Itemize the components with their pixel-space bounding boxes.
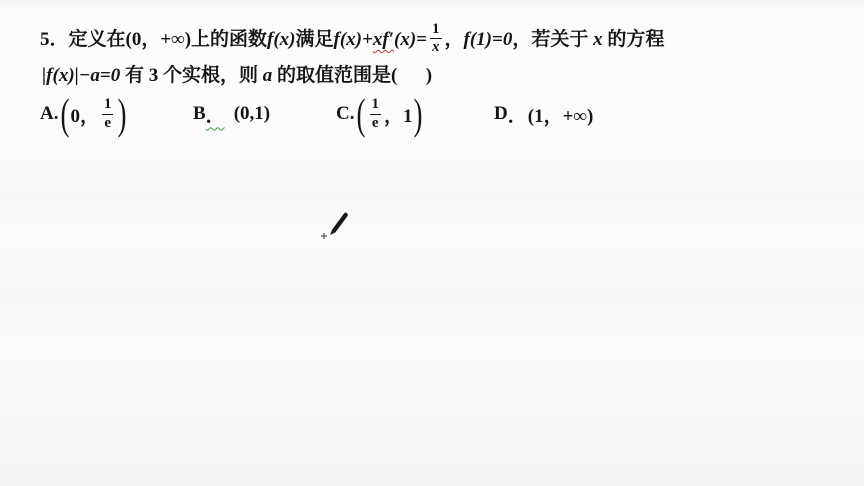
option-b: B．(0,1) bbox=[193, 86, 270, 142]
math-abs-fx-minus-a: |f(x)|−a=0 bbox=[42, 65, 120, 86]
fraction-denominator: e bbox=[370, 114, 381, 132]
option-c-letter: C bbox=[336, 103, 350, 125]
option-c-dot: . bbox=[350, 103, 355, 125]
fraction-one-over-e: 1e bbox=[102, 96, 114, 132]
math-f-of-x: f(x) bbox=[267, 29, 295, 50]
option-c-upper-bound: ，1 bbox=[384, 101, 413, 128]
option-a-dot: . bbox=[54, 103, 59, 125]
math-f-of-x-plus: f(x)+ bbox=[334, 29, 373, 50]
option-a: A.(0，1e) bbox=[40, 86, 128, 142]
option-b-letter: B bbox=[193, 103, 206, 125]
right-paren: ) bbox=[118, 92, 127, 136]
fraction-numerator: 1 bbox=[430, 21, 442, 38]
text-comma: ， bbox=[445, 29, 464, 50]
text-regarding: ，若关于 bbox=[512, 29, 593, 50]
math-f-of-1-equals-0: f(1)=0 bbox=[464, 29, 513, 50]
option-d-letter: D bbox=[494, 103, 508, 125]
option-d: D．(1，+∞) bbox=[494, 86, 593, 142]
problem-line-1: 5．定义在(0，+∞)上的函数f(x)满足f(x)+xf′(x)=1x，f(1)… bbox=[40, 14, 664, 66]
option-a-letter: A bbox=[40, 103, 54, 125]
text-range-blank: 的取值范围是( ) bbox=[272, 65, 432, 86]
fraction-one-over-x: 1x bbox=[430, 21, 442, 57]
option-c: C.(1e，1) bbox=[336, 86, 424, 142]
math-a: a bbox=[263, 65, 273, 86]
math-xf-prime-spellcheck: xf′ bbox=[373, 29, 394, 50]
problem-number-and-intro: 5．定义在(0，+∞)上的函数 bbox=[40, 29, 267, 50]
math-x: x bbox=[593, 29, 603, 50]
left-paren: ( bbox=[356, 92, 365, 136]
pen-nib bbox=[330, 213, 348, 235]
fraction-numerator: 1 bbox=[369, 96, 381, 113]
math-of-x-equals: (x)= bbox=[394, 29, 427, 50]
left-paren: ( bbox=[60, 92, 69, 136]
fraction-numerator: 1 bbox=[102, 96, 114, 113]
text-satisfies: 满足 bbox=[296, 29, 334, 50]
right-paren: ) bbox=[414, 92, 423, 136]
option-d-dot: ． bbox=[508, 101, 527, 128]
option-a-lower-bound: 0， bbox=[70, 101, 99, 128]
math-problem-slide: 5．定义在(0，+∞)上的函数f(x)满足f(x)+xf′(x)=1x，f(1)… bbox=[0, 0, 864, 486]
text-equation: 的方程 bbox=[603, 29, 665, 50]
options-row: A.(0，1e) B．(0,1) C.(1e，1) D．(1，+∞) bbox=[0, 86, 864, 142]
option-d-value: (1，+∞) bbox=[528, 101, 594, 128]
option-b-dot-grammar-check: ． bbox=[206, 101, 225, 128]
fraction-denominator: e bbox=[102, 114, 113, 132]
fraction-one-over-e: 1e bbox=[369, 96, 381, 132]
fraction-denominator: x bbox=[430, 38, 442, 56]
pen-cursor-icon bbox=[316, 205, 356, 245]
text-has-3-real-roots: 有 3 个实根，则 bbox=[120, 65, 263, 86]
crosshair-icon bbox=[321, 233, 327, 239]
option-b-value: (0,1) bbox=[234, 103, 270, 125]
